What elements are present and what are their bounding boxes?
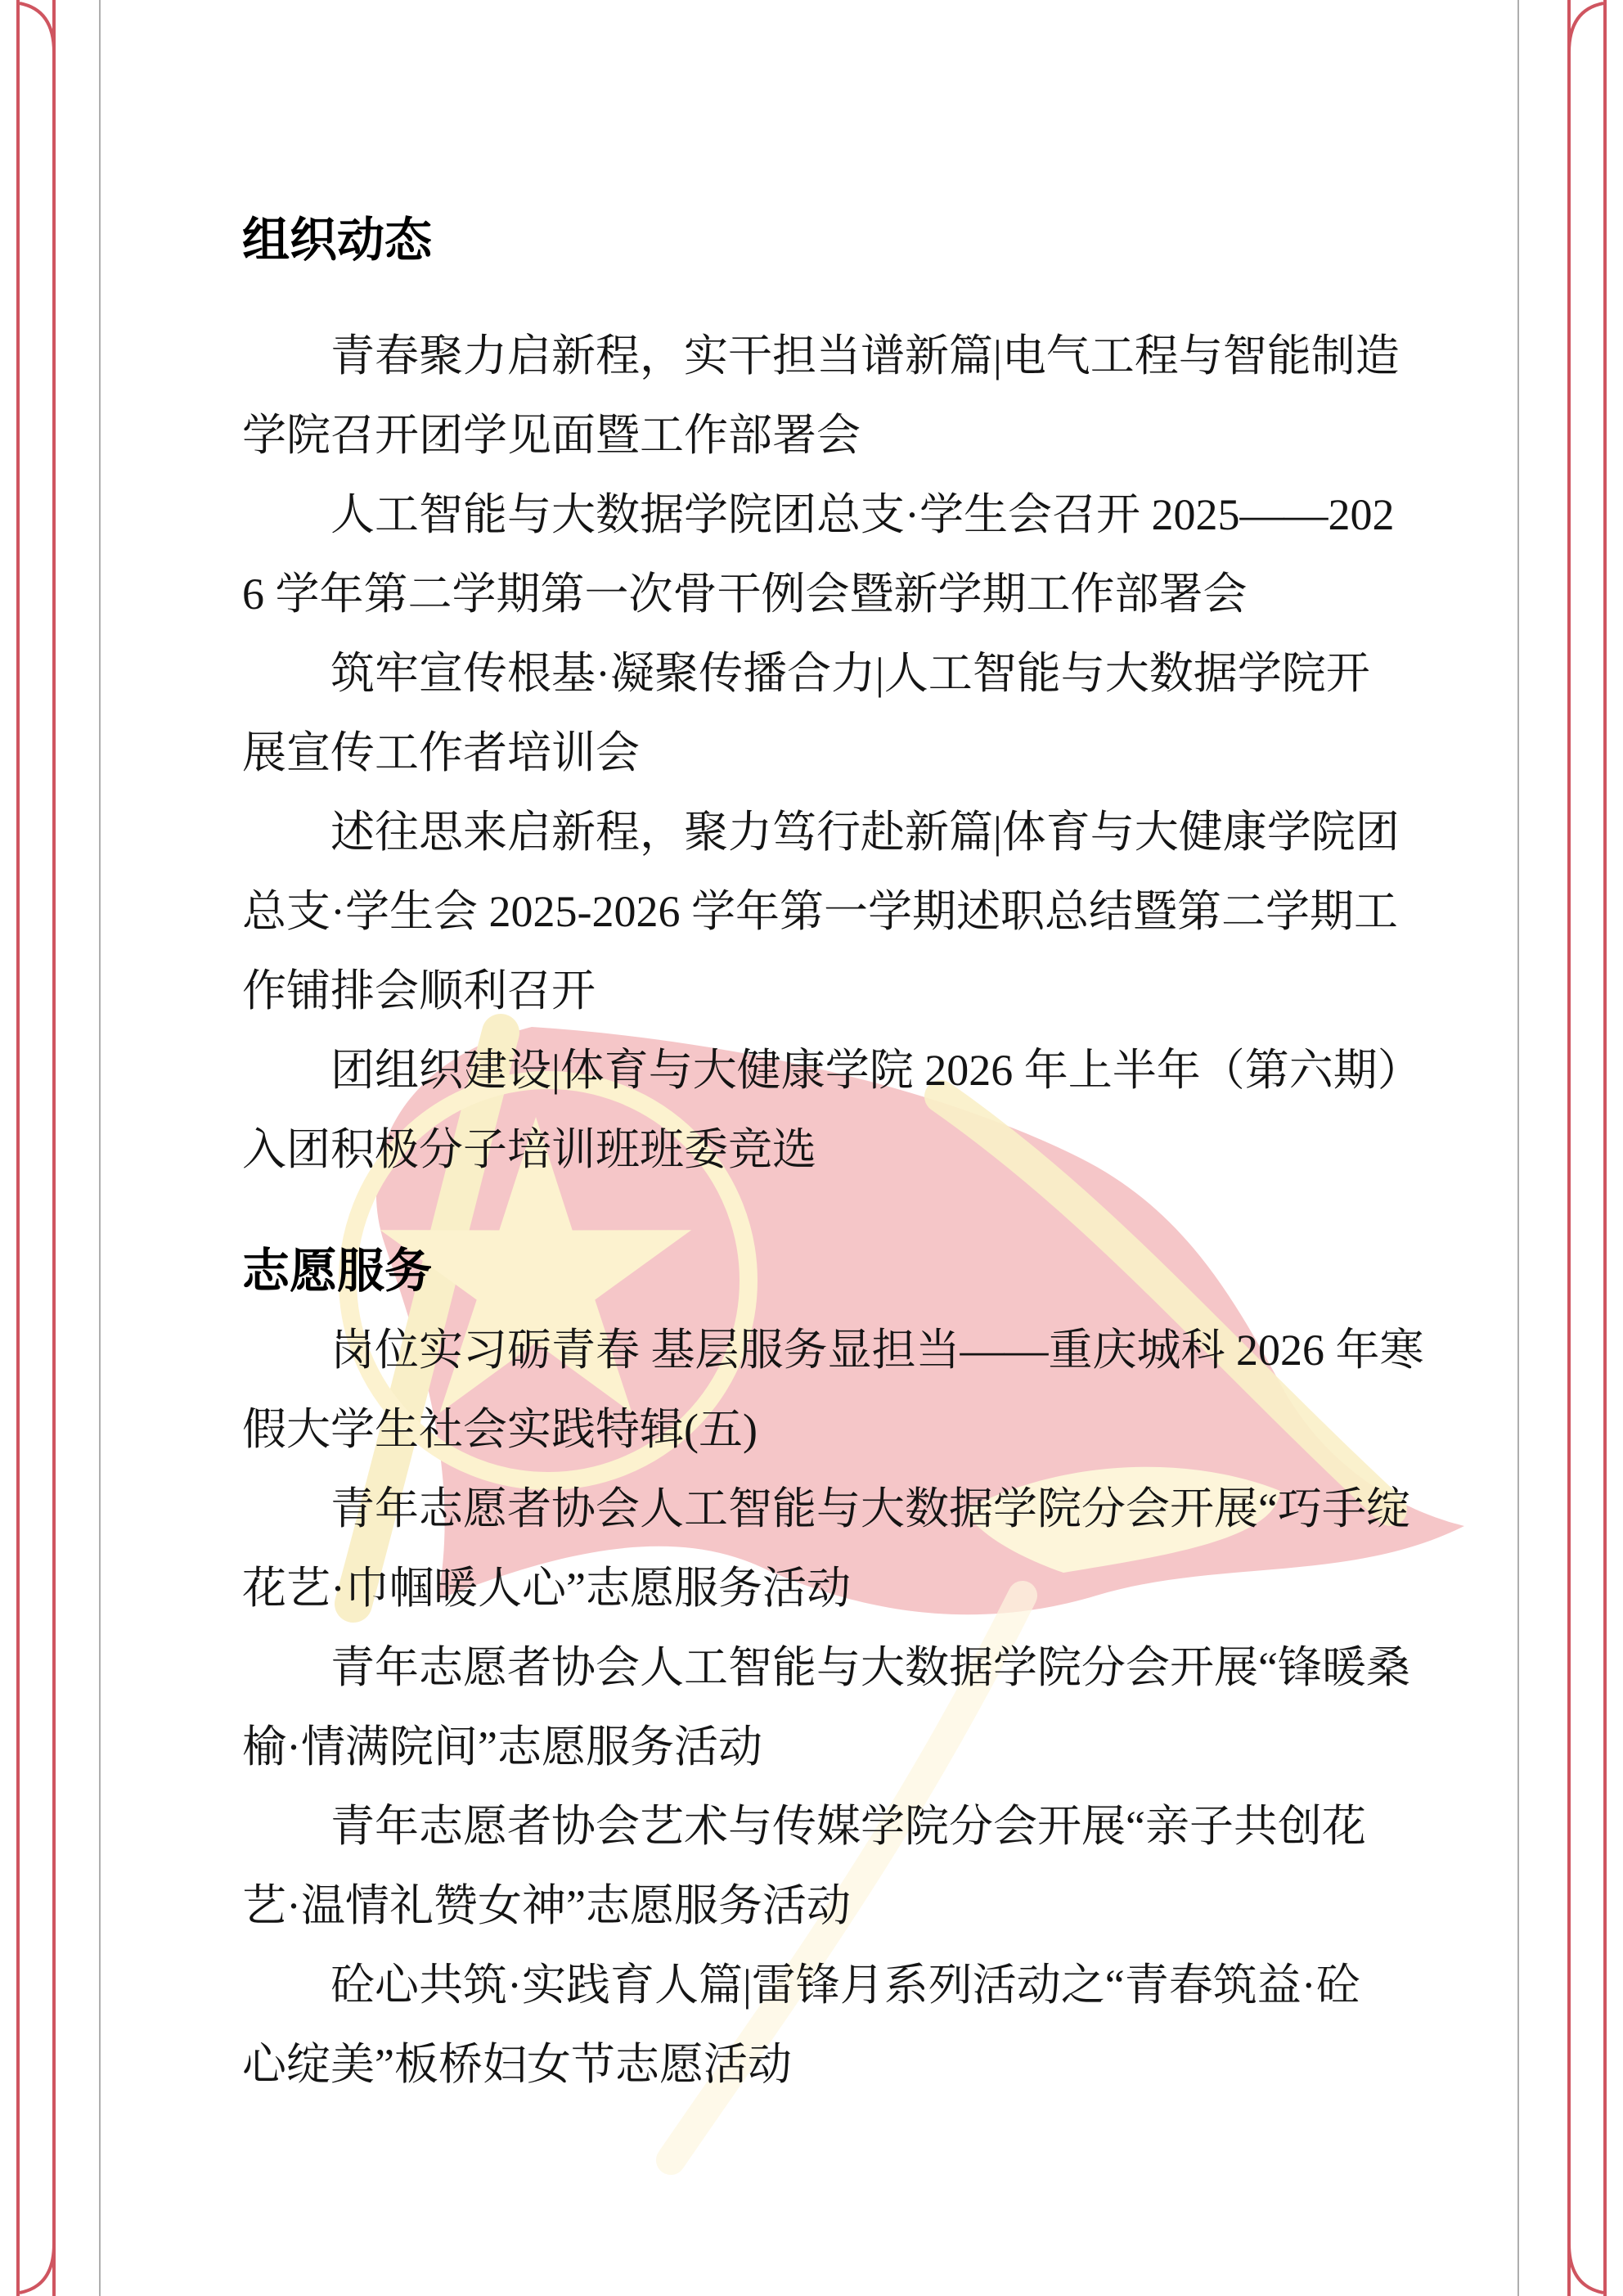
news-item: 青年志愿者协会人工智能与大数据学院分会开展“巧手绽 花艺·巾帼暖人心”志愿服务活… [242,1470,1518,1628]
document-page: 组织动态 青春聚力启新程，实干担当谱新篇|电气工程与智能制造 学院召开团学见面暨… [0,0,1623,2296]
news-item: 砼心共筑·实践育人篇|雷锋月系列活动之“青春筑益·砼 心绽美”板桥妇女节志愿活动 [242,1946,1518,2105]
corner-curl-bottom-left [20,2244,54,2293]
section-heading-volunteer: 志愿服务 [242,1231,1518,1311]
corner-curl-top-left [20,3,54,52]
section-volunteer-service: 志愿服务 岗位实习砺青春 基层服务显担当——重庆城科 2026 年寒 假大学生社… [242,1231,1518,2105]
news-item: 人工智能与大数据学院团总支·学生会召开 2025——202 6 学年第二学期第一… [242,475,1518,634]
section-organization-news: 组织动态 青春聚力启新程，实干担当谱新篇|电气工程与智能制造 学院召开团学见面暨… [242,200,1518,1190]
text-boundary-line-left [99,0,101,2296]
document-content: 组织动态 青春聚力启新程，实干担当谱新篇|电气工程与智能制造 学院召开团学见面暨… [242,200,1518,2105]
news-item: 团组织建设|体育与大健康学院 2026 年上半年（第六期） 入团积极分子培训班班… [242,1031,1518,1190]
news-item: 青春聚力启新程，实干担当谱新篇|电气工程与智能制造 学院召开团学见面暨工作部署会 [242,317,1518,475]
news-item: 青年志愿者协会人工智能与大数据学院分会开展“锋暖桑 榆·情满院间”志愿服务活动 [242,1628,1518,1787]
news-item: 青年志愿者协会艺术与传媒学院分会开展“亲子共创花 艺·温情礼赞女神”志愿服务活动 [242,1787,1518,1946]
news-item: 岗位实习砺青春 基层服务显担当——重庆城科 2026 年寒 假大学生社会实践特辑… [242,1311,1518,1470]
news-item: 筑牢宣传根基·凝聚传播合力|人工智能与大数据学院开 展宣传工作者培训会 [242,634,1518,793]
news-item: 述往思来启新程，聚力笃行赴新篇|体育与大健康学院团 总支·学生会 2025-20… [242,793,1518,1031]
section-heading-organization: 组织动态 [242,200,1518,280]
corner-curl-bottom-right [1569,2244,1603,2293]
corner-curl-top-right [1569,3,1603,52]
